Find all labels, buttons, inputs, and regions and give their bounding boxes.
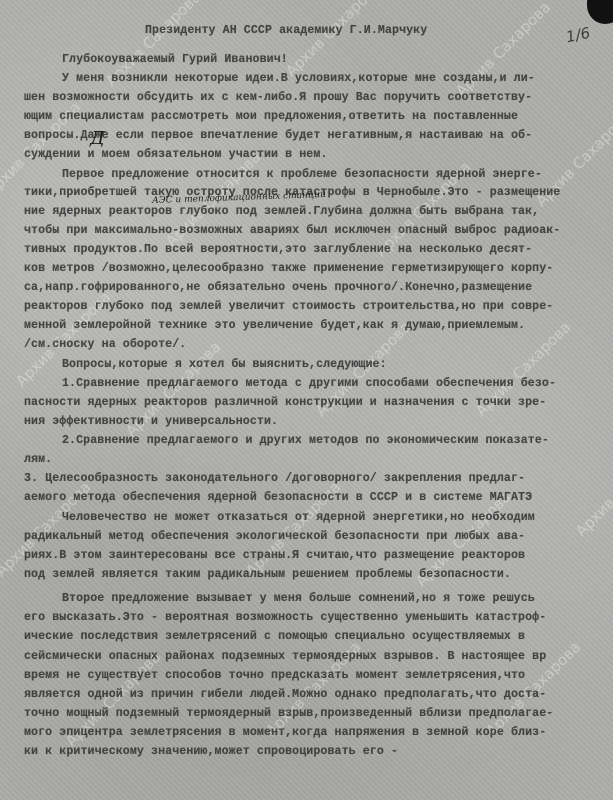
body-line: /см.сноску на обороте/. [24, 338, 186, 351]
body-line: его высказать.Это - вероятная возможност… [24, 611, 546, 624]
body-line: чтобы при максимально-возможных авариях … [24, 224, 560, 237]
body-line: под землей является таким радикальным ре… [24, 568, 511, 581]
body-line: реакторов глубоко под землей увеличит ст… [24, 300, 553, 313]
body-line: мого эпицентра землетрясения в момент,ко… [24, 726, 546, 739]
body-line: лям. [24, 453, 52, 466]
body-line: У меня возникли некоторые идеи.В условия… [62, 72, 535, 85]
watermark-text: Архив Сахарова [282, 0, 384, 80]
body-line: тивных продуктов.По всей вероятности,это… [24, 243, 532, 256]
watermark-text: Архив Сахарова [452, 0, 554, 100]
watermark-text: Архив Сахарова [572, 438, 613, 540]
body-line: Человечество не может отказаться от ядер… [62, 511, 535, 524]
body-line: Вопросы,которые я хотел бы выяснить,след… [62, 358, 387, 371]
body-line: риях.В этом заинтересованы все страны.Я … [24, 549, 525, 562]
body-line: сейсмически опасных районах подземных те… [24, 650, 546, 663]
body-line: шен возможности обсудить их с кем-либо.Я… [24, 91, 532, 104]
body-line: ния эффективности и универсальности. [24, 415, 278, 428]
body-line: аемого метода обеспечения ядерной безопа… [24, 491, 532, 504]
body-line: является одной из причин гибели людей.Мо… [24, 688, 546, 701]
letter-heading: Президенту АН СССР академику Г.И.Марчуку [145, 24, 427, 37]
salutation: Глубокоуважаемый Гурий Иванович! [62, 53, 288, 66]
body-line: ические последствия землетрясений с помо… [24, 630, 525, 643]
body-line: ки к критическому значению,может спровоц… [24, 745, 398, 758]
handwritten-margin-mark: Д [90, 128, 105, 149]
ink-blot [587, 0, 613, 24]
body-line: менной землеройной технике это увеличени… [24, 319, 525, 332]
body-line: время не существует способов точно предс… [24, 669, 525, 682]
body-line: 3. Целесообразность законодательного /до… [24, 472, 525, 485]
page-number: 1/6 [564, 24, 591, 47]
body-line: Первое предложение относится к проблеме … [62, 168, 542, 181]
body-line: ков метров /возможно,целесообразно также… [24, 262, 553, 275]
body-line: 2.Сравнение предлагаемого и других метод… [62, 434, 549, 447]
scanned-page: 1/6 Архив СахароваАрхив СахароваАрхив Са… [0, 0, 613, 800]
body-line: радикальный метод обеспечения экологичес… [24, 530, 525, 543]
body-line: ние ядерных реакторов глубоко под землей… [24, 205, 539, 218]
body-line: пасности ядерных реакторов различной кон… [24, 396, 546, 409]
body-line: ющим специалистам рассмотреть мои предло… [24, 110, 518, 123]
body-line: Второе предложение вызывает у меня больш… [62, 592, 535, 605]
body-line: са,напр.гофрированного,не обязательно оч… [24, 281, 532, 294]
body-line: точно мощный подземный термоядерный взры… [24, 707, 553, 720]
body-line: суждении и моем обязательном участии в н… [24, 148, 327, 161]
body-line: 1.Сравнение предлагаемого метода с други… [62, 377, 556, 390]
